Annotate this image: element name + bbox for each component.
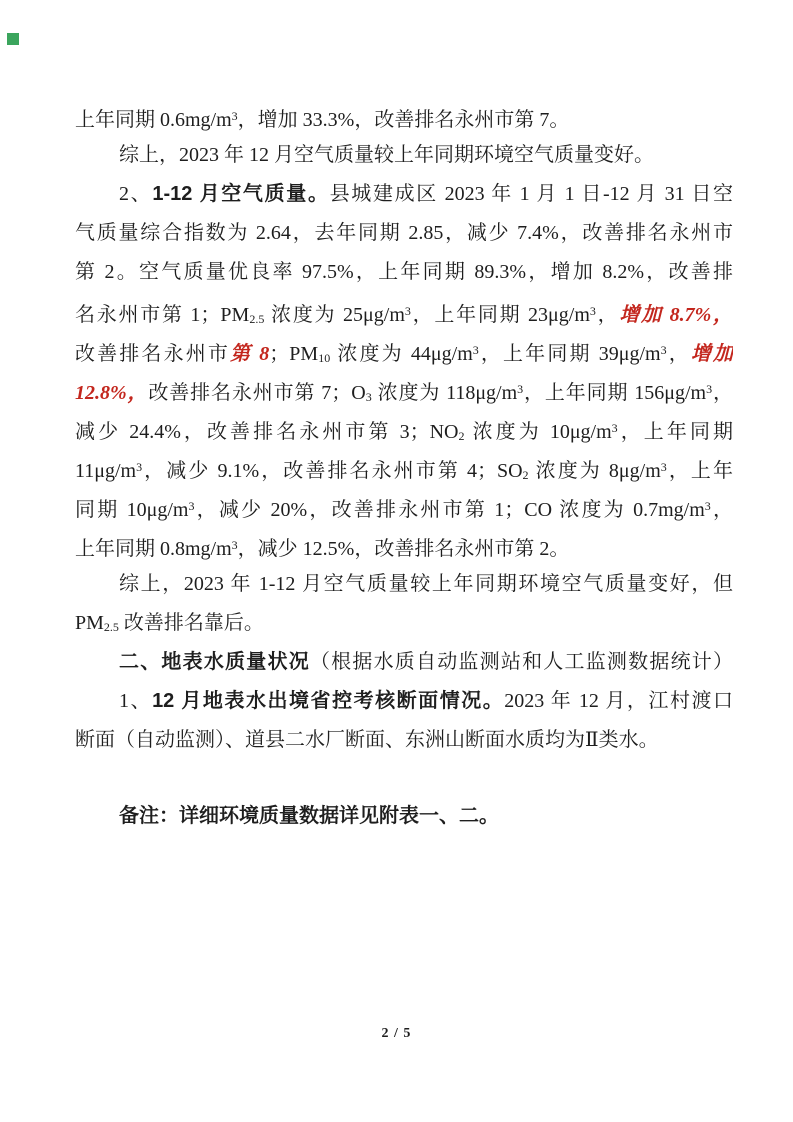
- text-run: 1、: [119, 690, 152, 712]
- text-line: 上年同期 0.6mg/m3，增加 33.3%，改善排名永州市第 7。: [75, 97, 733, 136]
- text-run: ，: [711, 499, 733, 521]
- text-line: 同期 10μg/m3，减少 20%，改善排永州市第 1；CO 浓度为 0.7mg…: [75, 487, 733, 526]
- text-run: ，: [596, 304, 619, 326]
- text-run: ，减少 20%，改善排永州市第 1；CO 浓度为 0.7mg/m: [194, 499, 704, 521]
- text-line: 改善排名永州市第 8；PM10 浓度为 44μg/m3，上年同期 39μg/m3…: [75, 331, 733, 370]
- text-run: ，上年同期 23μg/m: [411, 304, 590, 326]
- text-run: 综上，2023 年 1-12 月空气质量较上年同期环境空气质量变好，但: [119, 573, 733, 595]
- text-run: ，减少 9.1%，改善排名永州市第 4；SO: [142, 460, 522, 482]
- text-run: ，上年同期 156μg/m: [523, 382, 706, 404]
- text-run: ，上年同期 39μg/m: [479, 343, 661, 365]
- text-line: 综上，2023 年 12 月空气质量较上年同期环境空气质量变好。: [75, 136, 733, 175]
- text-run: 浓度为 118μg/m: [372, 382, 517, 404]
- text-run: ，: [712, 382, 733, 404]
- text-run: 改善排名永州市第 7；O: [148, 382, 365, 404]
- text-line: 12.8%，改善排名永州市第 7；O3 浓度为 118μg/m3，上年同期 15…: [75, 370, 733, 409]
- text-run: PM: [75, 612, 104, 634]
- text-run: 气质量综合指数为 2.64，去年同期 2.85，减少 7.4%，改善排名永州市: [75, 222, 733, 244]
- text-run: 改善排名永州市: [75, 343, 230, 365]
- text-line: 1、12 月地表水出境省控考核断面情况。2023 年 12 月，江村渡口: [75, 682, 733, 721]
- text-line: 上年同期 0.8mg/m3，减少 12.5%，改善排名永州市第 2。: [75, 526, 733, 565]
- text-line: 二、地表水质量状况（根据水质自动监测站和人工监测数据统计）: [75, 643, 733, 682]
- bold-heading-text: 12 月地表水出境省控考核断面情况。: [152, 690, 504, 712]
- text-run: ，增加 33.3%，改善排名永州市第 7。: [238, 109, 570, 131]
- text-run: ，上年同期: [618, 421, 733, 443]
- text-line: 第 2。空气质量优良率 97.5%，上年同期 89.3%，增加 8.2%，改善排: [75, 253, 733, 292]
- text-run: 2、: [119, 183, 152, 205]
- text-line: 2、1-12 月空气质量。县城建成区 2023 年 1 月 1 日-12 月 3…: [75, 175, 733, 214]
- text-run: 上年同期 0.8mg/m: [75, 538, 232, 560]
- red-highlight-text: 12.8%，: [75, 382, 148, 404]
- text-run: 11μg/m: [75, 460, 136, 482]
- text-run: 浓度为 25μg/m: [264, 304, 405, 326]
- corner-mark: [7, 33, 19, 45]
- text-line: 备注：详细环境质量数据详见附表一、二。: [75, 797, 733, 836]
- document-page: 上年同期 0.6mg/m3，增加 33.3%，改善排名永州市第 7。综上，202…: [0, 0, 793, 1122]
- text-run: 减少 24.4%，改善排名永州市第 3；NO: [75, 421, 459, 443]
- text-line: PM2.5 改善排名靠后。: [75, 604, 733, 643]
- bold-heading-text: 备注：详细环境质量数据详见附表一、二。: [119, 805, 499, 827]
- text-run: ，减少 12.5%，改善排名永州市第 2。: [238, 538, 570, 560]
- text-run: 县城建成区 2023 年 1 月 1 日-12 月 31 日空: [330, 183, 733, 205]
- red-highlight-text: 增加: [691, 343, 733, 365]
- text-run: 浓度为 10μg/m: [465, 421, 612, 443]
- subscript: 10: [318, 351, 330, 365]
- text-run: 综上，2023 年 12 月空气质量较上年同期环境空气质量变好。: [119, 144, 654, 166]
- text-line: 气质量综合指数为 2.64，去年同期 2.85，减少 7.4%，改善排名永州市: [75, 214, 733, 253]
- text-run: 第 2。空气质量优良率 97.5%，上年同期 89.3%，增加 8.2%，改善排: [75, 261, 733, 283]
- text-run: 断面（自动监测）、道县二水厂断面、东洲山断面水质均为Ⅱ类水。: [75, 729, 659, 751]
- subscript: 2.5: [249, 312, 264, 326]
- text-line: 断面（自动监测）、道县二水厂断面、东洲山断面水质均为Ⅱ类水。: [75, 721, 733, 760]
- text-run: 名永州市第 1；PM: [75, 304, 249, 326]
- text-line: 减少 24.4%，改善排名永州市第 3；NO2 浓度为 10μg/m3，上年同期: [75, 409, 733, 448]
- text-line: 11μg/m3，减少 9.1%，改善排名永州市第 4；SO2 浓度为 8μg/m…: [75, 448, 733, 487]
- text-run: ，上年: [667, 460, 733, 482]
- text-line: 名永州市第 1；PM2.5 浓度为 25μg/m3，上年同期 23μg/m3，增…: [75, 292, 733, 331]
- text-run: 改善排名靠后。: [119, 612, 264, 634]
- red-highlight-text: 第 8: [230, 343, 269, 365]
- bold-heading-text: 二、地表水质量状况: [119, 651, 310, 673]
- text-line: 综上，2023 年 1-12 月空气质量较上年同期环境空气质量变好，但: [75, 565, 733, 604]
- red-highlight-text: 增加 8.7%，: [619, 304, 733, 326]
- text-run: （根据水质自动监测站和人工监测数据统计）: [310, 651, 733, 673]
- text-run: 上年同期 0.6mg/m: [75, 109, 232, 131]
- text-run: 2023 年 12 月，江村渡口: [504, 690, 733, 712]
- text-run: 同期 10μg/m: [75, 499, 188, 521]
- subscript: 2.5: [104, 620, 119, 634]
- document-body: 上年同期 0.6mg/m3，增加 33.3%，改善排名永州市第 7。综上，202…: [75, 97, 733, 836]
- page-number: 2 / 5: [0, 1026, 793, 1042]
- bold-heading-text: 1-12 月空气质量。: [152, 183, 329, 205]
- text-run: 浓度为 44μg/m: [330, 343, 473, 365]
- text-run: ，: [667, 343, 691, 365]
- text-run: ；PM: [269, 343, 318, 365]
- text-run: 浓度为 8μg/m: [529, 460, 661, 482]
